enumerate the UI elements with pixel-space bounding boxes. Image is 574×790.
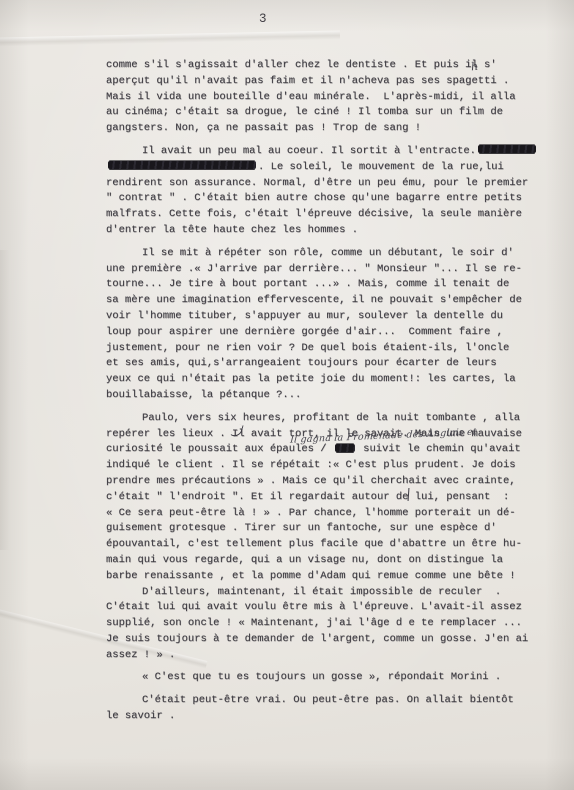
typed-text-segment: et ses amis, qui,s'arrangeaient toujours… (106, 357, 497, 369)
typed-text-segment: suivit le chemin qu'avait (357, 443, 521, 455)
typed-line: Paulo, vers six heures, profitant de la … (106, 411, 558, 427)
typed-text-segment: loup pour aspirer une dernière gorgée d'… (106, 326, 503, 338)
typed-line: guisement grotesque . Tirer sur un fanto… (106, 521, 558, 537)
typed-text-segment: gangsters. Non, ça ne passait pas ! Trop… (106, 122, 421, 134)
typed-text-segment: C'était lui qui avait voulu être mis à l… (106, 601, 522, 613)
typed-line: épouvantail, c'est tellement plus facile… (106, 537, 558, 553)
typed-text-segment: comme s'il s'agissait d'aller chez le de… (106, 59, 497, 71)
typed-line: Je suis toujours à te demander de l'arge… (106, 632, 558, 648)
typed-text-segment: supplié, son oncle ! « Maintenant, j'ai … (106, 617, 522, 629)
typed-text-segment: « C'est que tu es toujours un gosse », r… (142, 671, 501, 683)
paragraph: « C'est que tu es toujours un gosse », r… (106, 670, 558, 686)
typed-line: supplié, son oncle ! « Maintenant, j'ai … (106, 616, 558, 632)
typed-line: assez ! » . (106, 648, 558, 664)
typed-line: c'était " l'endroit ". Et il regardait a… (106, 490, 558, 506)
typed-text-segment: Je suis toujours à te demander de l'arge… (106, 633, 528, 645)
typed-line: C'était peut-être vrai. Ou peut-être pas… (106, 693, 558, 709)
typed-text-segment: Paulo, vers six heures, profitant de la … (142, 412, 520, 424)
paragraph: C'était peut-être vrai. Ou peut-être pas… (106, 693, 558, 725)
typed-text-segment: justement, pour ne rien voir ? De quel b… (106, 342, 509, 354)
typed-text-segment: barbe renaissante , et la pomme d'Adam q… (106, 570, 516, 582)
redaction-scribble (335, 444, 355, 452)
typed-line: main qui vous regarde, qui a un visage n… (106, 553, 558, 569)
typed-line: « C'est que tu es toujours un gosse », r… (106, 670, 558, 686)
typed-line: justement, pour ne rien voir ? De quel b… (106, 341, 558, 357)
paragraph: Il se mit à répéter son rôle, comme un d… (106, 246, 558, 404)
typed-text-segment: tourne... Je tire à bout portant ...» . … (106, 278, 509, 290)
typed-line: sa mère une imagination effervescente, i… (106, 293, 558, 309)
typed-text-segment: bouillabaisse, la pétanque ?... (106, 389, 301, 401)
typed-text-segment: prendre mes précautions » . Mais ce qu'i… (106, 475, 516, 487)
typed-text-segment: indiqué le client . Il se répétait :« C'… (106, 459, 516, 471)
typed-line: bouillabaisse, la pétanque ?... (106, 388, 558, 404)
typed-line: au cinéma; c'était sa drogue, le ciné ! … (106, 105, 558, 121)
typed-text-segment: aperçut qu'il n'avait pas faim et il n'a… (106, 75, 509, 87)
typed-text-segment: au cinéma; c'était sa drogue, le ciné ! … (106, 106, 503, 118)
typed-text-segment: Mais il vida une bouteille d'eau minéral… (106, 91, 516, 103)
typed-text-segment: une première .« J'arrive par derrière...… (106, 263, 522, 275)
typed-text-segment: malfrats. Cette fois, c'était l'épreuve … (106, 208, 522, 220)
paper-crease (0, 250, 10, 550)
typed-line: rendirent son assurance. Normal, d'être … (106, 176, 558, 192)
typed-line: tourne... Je tire à bout portant ...» . … (106, 277, 558, 293)
handwritten-insertion-h: h (470, 60, 478, 74)
typed-line: d'entrer la tête haute chez les hommes . (106, 223, 558, 239)
typed-text-segment: rendirent son assurance. Normal, d'être … (106, 177, 528, 189)
typed-text-segment: guisement grotesque . Tirer sur un fanto… (106, 522, 497, 534)
typed-line: indiqué le client . Il se répétait :« C'… (106, 458, 558, 474)
typed-line: et ses amis, qui,s'arrangeaient toujours… (106, 356, 558, 372)
typed-text-segment: yeux ce qui n'était pas la petite joie d… (106, 373, 516, 385)
paragraph: comme s'il s'agissait d'aller chez le de… (106, 58, 558, 137)
redaction-scribble (478, 145, 536, 153)
typed-line: prendre mes précautions » . Mais ce qu'i… (106, 474, 558, 490)
typed-text-segment: Il avait un peu mal au coeur. Il sortit … (142, 145, 476, 157)
typed-text: comme s'il s'agissait d'aller chez le de… (106, 58, 558, 725)
typed-text-segment: épouvantail, c'est tellement plus facile… (106, 538, 522, 550)
typed-line: comme s'il s'agissait d'aller chez le de… (106, 58, 558, 74)
typed-line: le savoir . (106, 709, 558, 725)
typed-text-segment: le savoir . (106, 710, 175, 722)
typed-line: gangsters. Non, ça ne passait pas ! Trop… (106, 121, 558, 137)
paper-crease (0, 30, 340, 46)
typed-text-segment: main qui vous regarde, qui a un visage n… (106, 554, 503, 566)
typed-line: voir l'homme tituber, s'appuyer au mur, … (106, 309, 558, 325)
typed-text-segment: assez ! » . (106, 649, 175, 661)
typed-line: . Le soleil, le mouvement de la rue,lui (106, 160, 558, 176)
typed-line: Il se mit à répéter son rôle, comme un d… (106, 246, 558, 262)
page-number: 3 (259, 12, 268, 26)
typed-line: D'ailleurs, maintenant, il était impossi… (106, 585, 558, 601)
typed-line: curiosité le poussait aux épaules / suiv… (106, 442, 558, 458)
typed-line: " contrat " . C'était bien autre chose q… (106, 191, 558, 207)
typed-text-segment: « Ce sera peut-être là ! » . Par chance,… (106, 507, 516, 519)
typed-text-segment: sa mère une imagination effervescente, i… (106, 294, 522, 306)
typed-line: une première .« J'arrive par derrière...… (106, 262, 558, 278)
typed-line: yeux ce qui n'était pas la petite joie d… (106, 372, 558, 388)
typed-line: C'était lui qui avait voulu être mis à l… (106, 600, 558, 616)
manuscript-page: 3 comme s'il s'agissait d'aller chez le … (0, 0, 574, 790)
redaction-scribble (108, 161, 256, 169)
paragraph: Il avait un peu mal au coeur. Il sortit … (106, 144, 558, 239)
typed-line: malfrats. Cette fois, c'était l'épreuve … (106, 207, 558, 223)
paragraph: D'ailleurs, maintenant, il était impossi… (106, 585, 558, 664)
typed-line: Il avait un peu mal au coeur. Il sortit … (106, 144, 558, 160)
typed-line: barbe renaissante , et la pomme d'Adam q… (106, 569, 558, 585)
typed-line: Mais il vida une bouteille d'eau minéral… (106, 90, 558, 106)
typed-line: « Ce sera peut-être là ! » . Par chance,… (106, 506, 558, 522)
typed-text-segment: C'était peut-être vrai. Ou peut-être pas… (142, 694, 514, 706)
typed-text-segment: Il se mit à répéter son rôle, comme un d… (142, 247, 514, 259)
typed-text-segment: voir l'homme tituber, s'appuyer au mur, … (106, 310, 503, 322)
typed-text-segment: . Le soleil, le mouvement de la rue,lui (258, 161, 504, 173)
typed-text-segment: d'entrer la tête haute chez les hommes . (106, 224, 358, 236)
typed-text-segment: D'ailleurs, maintenant, il était impossi… (142, 586, 501, 598)
typed-line: loup pour aspirer une dernière gorgée d'… (106, 325, 558, 341)
typed-text-segment: c'était " l'endroit ". Et il regardait a… (106, 491, 509, 503)
typed-line: aperçut qu'il n'avait pas faim et il n'a… (106, 74, 558, 90)
typed-text-segment: " contrat " . C'était bien autre chose q… (106, 192, 522, 204)
